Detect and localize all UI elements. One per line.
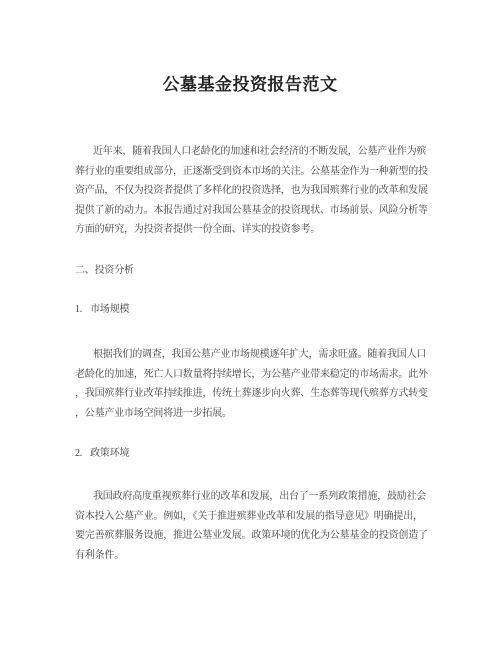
- intro-paragraph: 近年来，随着我国人口老龄化的加速和社会经济的不断发展，公墓产业作为殡 葬行业的重…: [75, 142, 470, 240]
- subsection-title: 政策环境: [90, 448, 129, 459]
- policy-environment-paragraph: 我国政府高度重视殡葬行业的改革和发展，出台了一系列政策措施，鼓励社会 资本投入公…: [75, 487, 470, 565]
- subsection-heading-policy-environment: 2.政策环境: [75, 444, 129, 464]
- market-scale-paragraph: 根据我们的调查，我国公墓产业市场规模逐年扩大，需求旺盛。随着我国人口 老龄化的加…: [75, 345, 470, 423]
- subsection-number: 2.: [75, 448, 82, 459]
- section-heading-investment-analysis: 二、投资分析: [75, 261, 134, 281]
- subsection-number: 1.: [75, 304, 82, 315]
- subsection-title: 市场规模: [90, 304, 129, 315]
- document-title: 公墓基金投资报告范文: [0, 73, 500, 96]
- document-page: 公墓基金投资报告范文 近年来，随着我国人口老龄化的加速和社会经济的不断发展，公墓…: [0, 0, 500, 647]
- subsection-heading-market-scale: 1.市场规模: [75, 300, 129, 320]
